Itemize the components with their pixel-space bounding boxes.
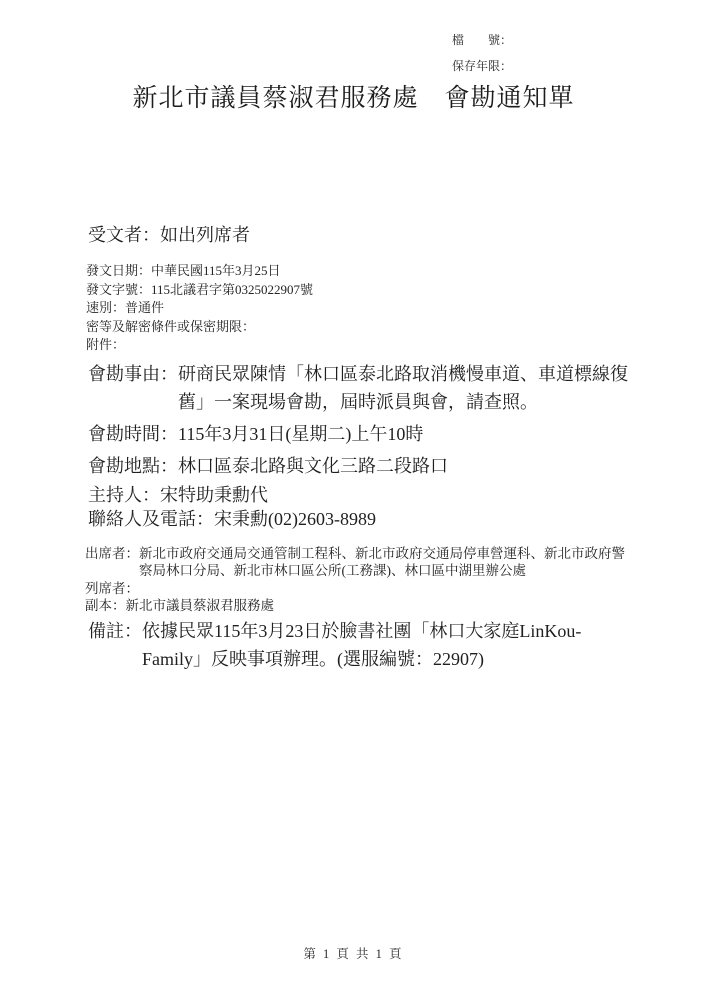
observers-row: 列席者：	[85, 580, 637, 598]
copy-to-row: 副本： 新北市議員蔡淑君服務處	[85, 597, 637, 615]
document-title: 新北市議員蔡淑君服務處 會勘通知單	[0, 0, 707, 115]
host-label: 主持人：	[88, 483, 160, 507]
field-contact-phone: 聯絡人及電話： 宋秉勳(02)2603-8989	[88, 507, 629, 531]
remark-row: 備註： 依據民眾115年3月23日於臉書社團「林口大家庭LinKou-Famil…	[88, 617, 617, 673]
meta-block: 發文日期：中華民國115年3月25日 發文字號：115北議君字第03250229…	[86, 262, 707, 355]
file-number-label: 檔 號：	[452, 34, 512, 46]
inspection-place-value: 林口區泰北路與文化三路二段路口	[178, 454, 629, 478]
inspection-subject-value: 研商民眾陳情「林口區泰北路取消機慢車道、車道標線復舊」一案現場會勘，屆時派員與會…	[178, 360, 629, 416]
copy-to-value: 新北市議員蔡淑君服務處	[126, 597, 638, 615]
remark-label: 備註：	[88, 617, 142, 673]
observers-label: 列席者：	[85, 580, 139, 598]
attendees-value: 新北市政府交通局交通管制工程科、新北市政府交通局停車營運科、新北市政府警察局林口…	[139, 545, 637, 580]
recipient-value: 如出列席者	[160, 225, 250, 245]
security-class-line: 密等及解密條件或保密期限：	[86, 318, 707, 337]
contact-phone-label: 聯絡人及電話：	[88, 507, 214, 531]
field-inspection-time: 會勘時間： 115年3月31日(星期二)上午10時	[88, 422, 629, 446]
contact-phone-value: 宋秉勳(02)2603-8989	[214, 507, 629, 531]
recipient-label: 受文者：	[88, 225, 160, 245]
field-host: 主持人： 宋特助秉勳代	[88, 483, 629, 507]
doc-number-line: 發文字號：115北議君字第0325022907號	[86, 281, 707, 300]
issue-date-line: 發文日期：中華民國115年3月25日	[86, 262, 707, 281]
copy-to-label: 副本：	[85, 597, 126, 615]
document-page: 檔 號： 保存年限： 新北市議員蔡淑君服務處 會勘通知單 受文者：如出列席者 發…	[0, 0, 707, 1000]
inspection-subject-label: 會勘事由：	[88, 360, 178, 416]
attendees-row: 出席者： 新北市政府交通局交通管制工程科、新北市政府交通局停車營運科、新北市政府…	[85, 545, 637, 580]
field-inspection-subject: 會勘事由： 研商民眾陳情「林口區泰北路取消機慢車道、車道標線復舊」一案現場會勘，…	[88, 360, 629, 416]
inspection-time-value: 115年3月31日(星期二)上午10時	[178, 422, 629, 446]
observers-value	[139, 580, 637, 598]
recipient-line: 受文者：如出列席者	[88, 223, 707, 247]
file-number-block: 檔 號： 保存年限：	[452, 34, 512, 86]
attendees-block: 出席者： 新北市政府交通局交通管制工程科、新北市政府交通局停車營運科、新北市政府…	[85, 545, 637, 615]
main-fields: 會勘事由： 研商民眾陳情「林口區泰北路取消機慢車道、車道標線復舊」一案現場會勘，…	[88, 360, 629, 531]
attendees-label: 出席者：	[85, 545, 139, 580]
attachment-line: 附件：	[86, 336, 707, 355]
retention-period-label: 保存年限：	[452, 60, 512, 72]
remark-value: 依據民眾115年3月23日於臉書社團「林口大家庭LinKou-Family」反映…	[142, 617, 617, 673]
speed-class-line: 速別：普通件	[86, 299, 707, 318]
page-number-footer: 第 1 頁 共 1 頁	[0, 944, 707, 962]
inspection-time-label: 會勘時間：	[88, 422, 178, 446]
inspection-place-label: 會勘地點：	[88, 454, 178, 478]
field-inspection-place: 會勘地點： 林口區泰北路與文化三路二段路口	[88, 454, 629, 478]
remark-block: 備註： 依據民眾115年3月23日於臉書社團「林口大家庭LinKou-Famil…	[88, 617, 617, 673]
host-value: 宋特助秉勳代	[160, 483, 629, 507]
